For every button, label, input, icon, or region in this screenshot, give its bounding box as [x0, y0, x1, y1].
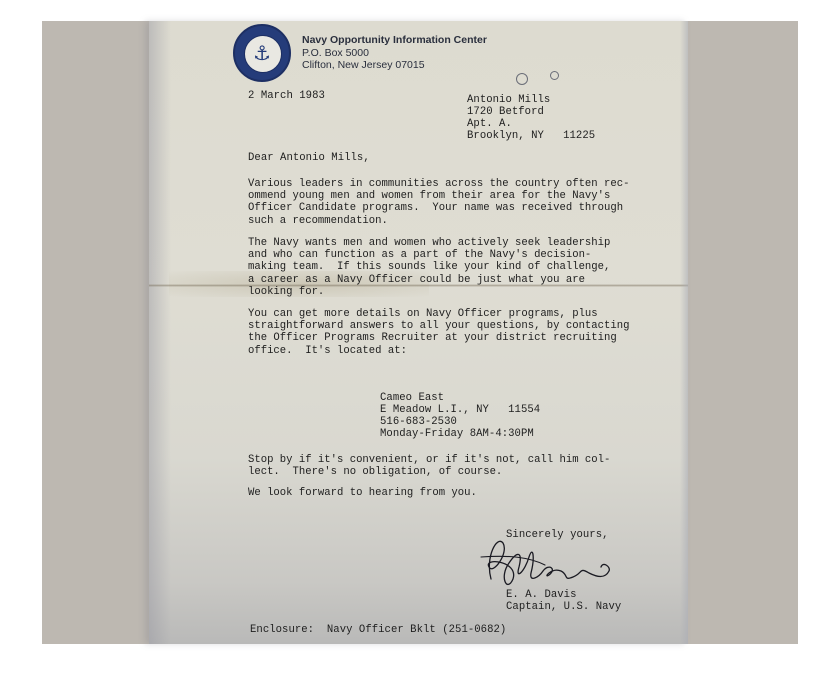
enclosure-line: Enclosure: Navy Officer Bklt (251-0682) [250, 624, 506, 636]
letterhead: ⚓ Navy Opportunity Information Center P.… [233, 24, 487, 82]
punch-mark-icon [516, 73, 528, 85]
letter-date: 2 March 1983 [248, 90, 325, 102]
letterhead-address-line2: Clifton, New Jersey 07015 [302, 59, 487, 72]
recipient-street: 1720 Betford [467, 106, 544, 118]
recipient-name: Antonio Mills [467, 94, 550, 106]
signature-icon [479, 527, 619, 597]
organization-name: Navy Opportunity Information Center [302, 34, 487, 47]
letter-page: ⚓ Navy Opportunity Information Center P.… [149, 21, 688, 644]
letterhead-address-line1: P.O. Box 5000 [302, 47, 487, 60]
office-name: Cameo East [380, 392, 444, 404]
closing-paragraph-2: We look forward to hearing from you. [248, 487, 477, 499]
navy-seal-icon: ⚓ [233, 24, 291, 82]
signer-title: Captain, U.S. Navy [506, 601, 621, 613]
office-phone: 516-683-2530 [380, 416, 457, 428]
salutation: Dear Antonio Mills, [248, 152, 370, 164]
punch-mark-icon [550, 71, 559, 80]
office-hours: Monday-Friday 8AM-4:30PM [380, 428, 534, 440]
closing-paragraph-1: Stop by if it's convenient, or if it's n… [248, 454, 610, 478]
eagle-anchor-icon: ⚓ [235, 26, 289, 80]
paragraph-1: Various leaders in communities across th… [248, 178, 629, 227]
recipient-unit: Apt. A. [467, 118, 512, 130]
paragraph-3: You can get more details on Navy Officer… [248, 308, 629, 357]
signer-name: E. A. Davis [506, 589, 576, 601]
office-city: E Meadow L.I., NY 11554 [380, 404, 540, 416]
paragraph-2: The Navy wants men and women who activel… [248, 237, 610, 298]
recipient-city: Brooklyn, NY 11225 [467, 130, 595, 142]
